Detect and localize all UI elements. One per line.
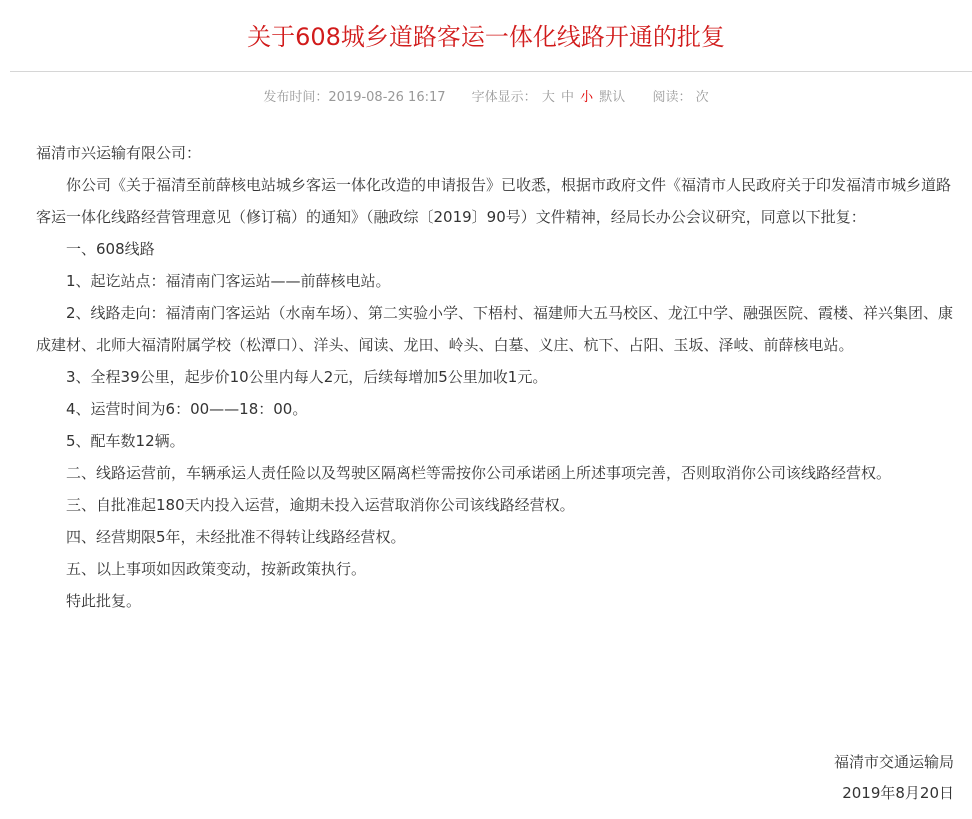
signature-date: 2019年8月20日 bbox=[654, 779, 954, 807]
font-size-large-button[interactable]: 大 bbox=[542, 90, 555, 105]
body-item-hours: 4、运营时间为6：00——18：00。 bbox=[36, 393, 962, 425]
body-section-five: 五、以上事项如因政策变动，按新政策执行。 bbox=[36, 553, 962, 585]
publish-time-group: 发布时间：2019-08-26 16:17 bbox=[263, 88, 445, 108]
body-item-route: 2、线路走向：福清南门客运站（水南车场）、第二实验小学、下梧村、福建师大五马校区… bbox=[36, 297, 962, 361]
body-section-four: 四、经营期限5年，未经批准不得转让线路经营权。 bbox=[36, 521, 962, 553]
signature-organization: 福清市交通运输局 bbox=[654, 748, 954, 776]
article-meta-bar: 发布时间：2019-08-26 16:17 字体显示： 大 中 小 默认 阅读：… bbox=[0, 88, 972, 108]
body-section-608-line: 一、608线路 bbox=[36, 233, 962, 265]
body-section-two: 二、线路运营前，车辆承运人责任险以及驾驶区隔离栏等需按你公司承诺函上所述事项完善… bbox=[36, 457, 962, 489]
publish-time-label: 发布时间： bbox=[263, 90, 328, 105]
read-count-label: 阅读： bbox=[652, 90, 691, 105]
article-title: 关于608城乡道路客运一体化线路开通的批复 bbox=[0, 20, 972, 54]
font-size-small-button[interactable]: 小 bbox=[580, 90, 593, 105]
read-count-group: 阅读： 次 bbox=[652, 88, 708, 108]
body-paragraph-intro: 你公司《关于福清至前薛核电站城乡客运一体化改造的申请报告》已收悉，根据市政府文件… bbox=[36, 169, 962, 233]
title-divider bbox=[10, 71, 972, 72]
font-size-medium-button[interactable]: 中 bbox=[561, 90, 574, 105]
body-item-fare: 3、全程39公里，起步价10公里内每人2元，后续每增加5公里加收1元。 bbox=[36, 361, 962, 393]
publish-time-value: 2019-08-26 16:17 bbox=[328, 90, 445, 105]
font-size-default-button[interactable]: 默认 bbox=[599, 90, 625, 105]
font-size-label: 字体显示： bbox=[472, 90, 537, 105]
font-size-group: 字体显示： 大 中 小 默认 bbox=[472, 88, 627, 108]
body-section-three: 三、自批准起180天内投入运营，逾期未投入运营取消你公司该线路经营权。 bbox=[36, 489, 962, 521]
body-item-vehicles: 5、配车数12辆。 bbox=[36, 425, 962, 457]
salutation: 福清市兴运输有限公司： bbox=[36, 137, 962, 169]
body-closing: 特此批复。 bbox=[36, 585, 962, 617]
read-count-suffix: 次 bbox=[696, 90, 709, 105]
article-body: 福清市兴运输有限公司： 你公司《关于福清至前薛核电站城乡客运一体化改造的申请报告… bbox=[36, 137, 962, 617]
body-item-stations: 1、起讫站点：福清南门客运站——前薛核电站。 bbox=[36, 265, 962, 297]
